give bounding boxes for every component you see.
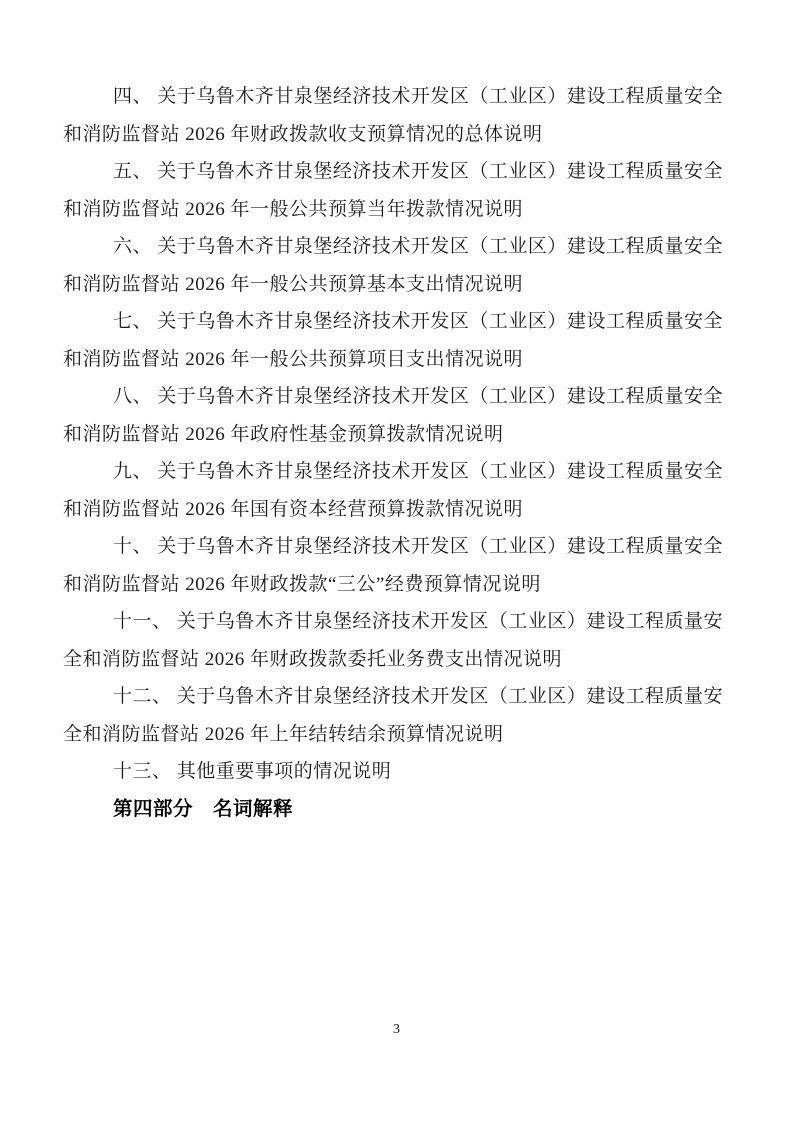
toc-item-5: 五、 关于乌鲁木齐甘泉堡经济技术开发区（工业区）建设工程质量安全和消防监督站 2… xyxy=(63,153,723,228)
toc-item-10: 十、 关于乌鲁木齐甘泉堡经济技术开发区（工业区）建设工程质量安全和消防监督站 2… xyxy=(63,528,723,603)
toc-item-6: 六、 关于乌鲁木齐甘泉堡经济技术开发区（工业区）建设工程质量安全和消防监督站 2… xyxy=(63,228,723,303)
document-body: 四、 关于乌鲁木齐甘泉堡经济技术开发区（工业区）建设工程质量安全和消防监督站 2… xyxy=(63,78,723,828)
toc-item-13: 十三、 其他重要事项的情况说明 xyxy=(63,753,723,791)
toc-item-12: 十二、 关于乌鲁木齐甘泉堡经济技术开发区（工业区）建设工程质量安全和消防监督站 … xyxy=(63,678,723,753)
document-page: 四、 关于乌鲁木齐甘泉堡经济技术开发区（工业区）建设工程质量安全和消防监督站 2… xyxy=(0,0,793,1122)
page-number: 3 xyxy=(0,1021,793,1039)
section-heading-part4: 第四部分 名词解释 xyxy=(63,791,723,829)
toc-item-4: 四、 关于乌鲁木齐甘泉堡经济技术开发区（工业区）建设工程质量安全和消防监督站 2… xyxy=(63,78,723,153)
toc-item-8: 八、 关于乌鲁木齐甘泉堡经济技术开发区（工业区）建设工程质量安全和消防监督站 2… xyxy=(63,378,723,453)
toc-item-11: 十一、 关于乌鲁木齐甘泉堡经济技术开发区（工业区）建设工程质量安全和消防监督站 … xyxy=(63,603,723,678)
toc-item-7: 七、 关于乌鲁木齐甘泉堡经济技术开发区（工业区）建设工程质量安全和消防监督站 2… xyxy=(63,303,723,378)
toc-item-9: 九、 关于乌鲁木齐甘泉堡经济技术开发区（工业区）建设工程质量安全和消防监督站 2… xyxy=(63,453,723,528)
